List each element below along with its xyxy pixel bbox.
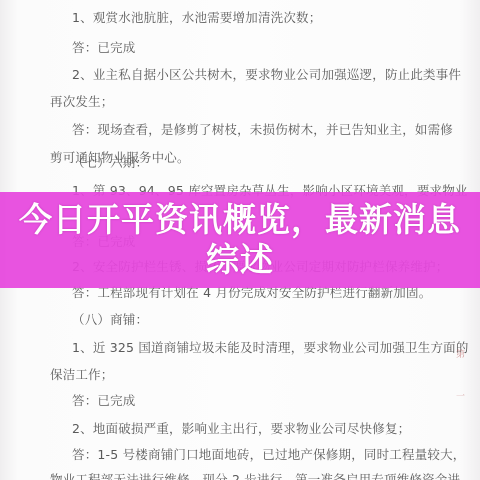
margin-stamp: 第 [456,350,466,360]
doc-line: 2、地面破损严重，影响业主出行，要求物业公司尽快修复； [72,421,410,437]
headline-banner: 今日开平资讯概览，最新消息 综述 [0,192,480,288]
headline-title-line1: 今日开平资讯概览，最新消息 [19,200,461,240]
doc-line: 再次发生； [50,94,114,110]
doc-line: 保洁工作； [50,367,114,383]
section-heading: （八）商铺： [72,312,148,328]
doc-line: 答：1-5 号楼商铺门口地面地砖，已过地产保修期，同时工程量较大， [72,447,466,463]
doc-line: 1、观赏水池肮脏，水池需要增加清洗次数； [72,10,321,26]
doc-line: 答：已完成 [72,40,136,56]
doc-line: 物业工程部无法进行维修。现分 2 步进行，第一准备启用专项维修资金进 [50,472,460,480]
section-heading: （七）六期： [72,155,148,171]
margin-stamp: 一 [456,392,466,402]
doc-line: 答：已完成 [72,393,136,409]
doc-line: 2、业主私自据小区公共树木，要求物业公司加强巡逻，防止此类事件 [72,67,461,83]
doc-line: 答：现场查看，是修剪了树枝，未损伤树木，并已告知业主，如需修 [72,122,453,138]
headline-title-line2: 综述 [206,240,274,280]
doc-line: 1、近 325 国道商铺垃圾未能及时清理，要求物业公司加强卫生方面的 [72,340,469,356]
